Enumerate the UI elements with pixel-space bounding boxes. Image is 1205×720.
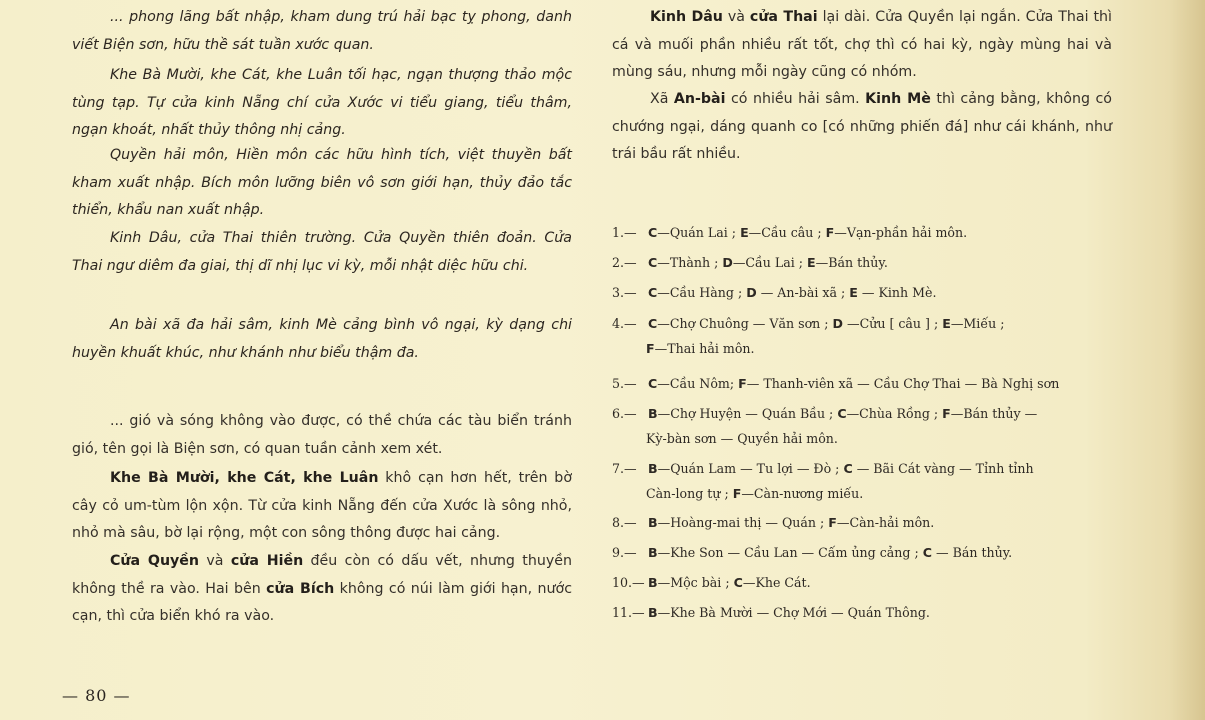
footnote-number: 5.— [612, 371, 648, 396]
original-paragraph-5: An bài xã đa hải sâm, kinh Mè cảng bình … [72, 312, 572, 367]
footnote-item: 2.—C—Thành ; D—Cầu Lai ; E—Bán thủy. [612, 250, 888, 275]
grid-letter: C [648, 376, 657, 391]
page-number: — 80 — [62, 686, 131, 705]
footnote-number: 7.— [612, 456, 648, 481]
original-paragraph-4: Kinh Dâu, cửa Thai thiên trường. Cửa Quy… [72, 225, 572, 280]
grid-letter: C [923, 545, 932, 560]
footnote-number: 9.— [612, 540, 648, 565]
original-paragraph-3: Quyền hải môn, Hiền môn các hữu hình tíc… [72, 142, 572, 225]
footnote-number: 10.— [612, 570, 648, 595]
footnote-item: 10.—B—Mộc bài ; C—Khe Cát. [612, 570, 811, 595]
grid-letter: C [648, 225, 657, 240]
grid-letter: B [648, 545, 658, 560]
translation-paragraph-3: Cửa Quyền và cửa Hiền đều còn có dấu vết… [72, 548, 572, 631]
footnote-item: 8.—B—Hoàng-mai thị — Quán ; F—Càn-hải mô… [612, 510, 934, 535]
footnote-item: 7.—B—Quán Lam — Tu lợi — Đò ; C — Bãi Cá… [612, 456, 1034, 506]
grid-letter: B [648, 406, 658, 421]
grid-letter: C [843, 461, 852, 476]
original-paragraph-1: ... phong lãng bất nhập, kham dung trú h… [72, 4, 572, 59]
grid-letter: F [826, 225, 835, 240]
right-paragraph-2: Xã An-bài có nhiều hải sâm. Kinh Mè thì … [612, 86, 1112, 169]
footnote-number: 1.— [612, 220, 648, 245]
footnote-continuation: Kỳ-bàn sơn — Quyền hải môn. [612, 426, 1037, 451]
footnote-item: 5.—C—Cầu Nôm; F— Thanh-viên xã — Cầu Chợ… [612, 371, 1059, 396]
grid-letter: C [648, 285, 657, 300]
grid-letter: B [648, 461, 658, 476]
translation-paragraph-1: ... gió và sóng không vào được, có thề c… [72, 408, 572, 463]
grid-letter: C [837, 406, 846, 421]
grid-letter: F [942, 406, 951, 421]
footnote-item: 11.—B—Khe Bà Mười — Chợ Mới — Quán Thông… [612, 600, 930, 625]
original-paragraph-2: Khe Bà Mười, khe Cát, khe Luân tối hạc, … [72, 62, 572, 145]
footnote-item: 6.—B—Chợ Huyện — Quán Bầu ; C—Chùa Rồng … [612, 401, 1037, 451]
footnote-continuation: F—Thai hải môn. [612, 336, 1004, 361]
grid-letter: F [646, 341, 655, 356]
footnote-number: 8.— [612, 510, 648, 535]
footnote-item: 1.—C—Quán Lai ; E—Cầu câu ; F—Vạn-phần h… [612, 220, 967, 245]
bold-kinh-dau: Kinh Dâu [650, 9, 723, 25]
footnote-number: 3.— [612, 280, 648, 305]
grid-letter: C [648, 316, 657, 331]
grid-letter: B [648, 575, 658, 590]
grid-letter: C [648, 255, 657, 270]
grid-letter: C [734, 575, 743, 590]
footnote-item: 3.—C—Cầu Hàng ; D — An-bài xã ; E — Kinh… [612, 280, 936, 305]
footnote-item: 9.—B—Khe Son — Cầu Lan — Cấm ủng cảng ; … [612, 540, 1012, 565]
bold-cua-quyen: Cửa Quyền [110, 553, 199, 569]
grid-letter: E [807, 255, 816, 270]
footnote-continuation: Càn-long tự ; F—Càn-nương miếu. [612, 481, 1034, 506]
bold-an-bai: An-bài [674, 91, 726, 107]
grid-letter: E [849, 285, 858, 300]
footnote-number: 4.— [612, 311, 648, 336]
footnote-item: 4.—C—Chợ Chuông — Văn sơn ; D —Cửu [ câu… [612, 311, 1004, 361]
footnote-number: 6.— [612, 401, 648, 426]
bold-cua-hien: cửa Hiền [231, 553, 303, 569]
grid-letter: E [740, 225, 749, 240]
grid-letter: E [942, 316, 951, 331]
grid-letter: F [828, 515, 837, 530]
footnote-number: 2.— [612, 250, 648, 275]
right-paragraph-1: Kinh Dâu và cửa Thai lại dài. Cửa Quyền … [612, 4, 1112, 87]
grid-letter: B [648, 605, 658, 620]
bold-kinh-me: Kinh Mè [865, 91, 931, 107]
grid-letter: D [746, 285, 756, 300]
bold-cua-bich: cửa Bích [266, 581, 334, 597]
grid-letter: B [648, 515, 658, 530]
bold-place-names: Khe Bà Mười, khe Cát, khe Luân [110, 470, 378, 486]
translation-paragraph-2: Khe Bà Mười, khe Cát, khe Luân khô cạn h… [72, 465, 572, 548]
footnote-number: 11.— [612, 600, 648, 625]
grid-letter: D [722, 255, 732, 270]
grid-letter: D [833, 316, 843, 331]
bold-cua-thai: cửa Thai [750, 9, 818, 25]
grid-letter: F [738, 376, 747, 391]
